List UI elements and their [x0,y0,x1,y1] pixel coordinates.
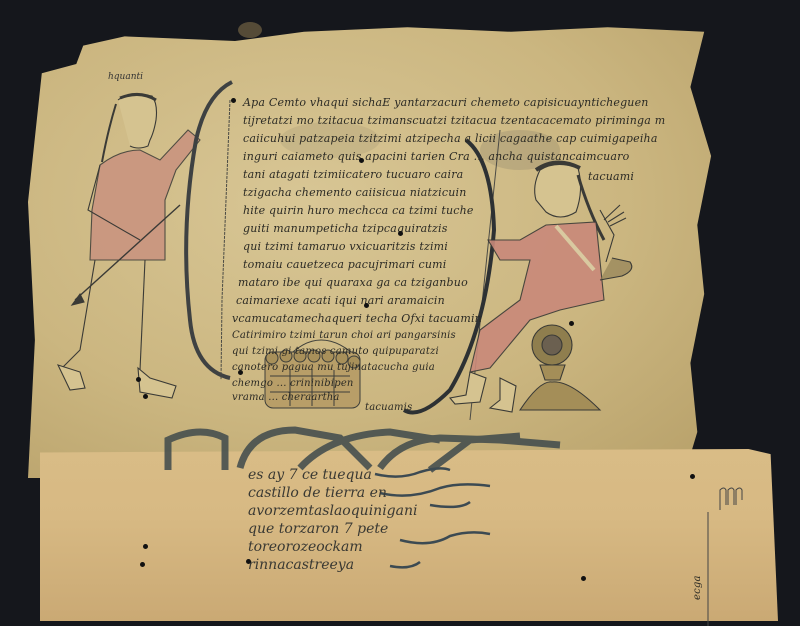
lower-text-line: que torzaron 7 pete [248,520,417,538]
archival-dot [581,576,586,581]
archival-dot [231,98,236,103]
painted-band-glyphs [168,430,560,470]
figure-label-left: hquanti [108,72,143,82]
text-line: qui tzimi gi tamos camuto quipuparatzi [232,346,439,357]
text-line: tomaiu cauetzeca pacujrimari cumi [243,258,446,271]
lower-text-line: toreorozeockam [248,538,417,556]
text-line: tacuamis [365,402,412,413]
text-line: tijretatzi mo tzitacua tzimanscuatzi tzi… [243,114,665,127]
text-line: guiti manumpeticha tzipcaquiratzis [243,222,448,235]
text-line: caimariexe acati iqui nari aramaicin [236,294,445,307]
text-line: inguri caiameto quis apacini tarien Cra … [243,150,629,163]
archival-dot [690,474,695,479]
archival-dot [143,394,148,399]
archival-dot [398,231,403,236]
text-line: tani atagati tzimiicatero tucuaro caira [243,168,463,181]
text-line: qui tzimi tamaruo vxicuaritzis tzimi [243,240,448,253]
right-margin-word: tacuami [588,170,634,183]
text-line: hite quirin huro mechcca ca tzimi tuche [243,204,474,217]
text-line: caiicuhui patzapeia tzitzimi atzipecha a… [243,132,658,145]
lower-text-line: rinnacastreeya [248,556,417,574]
archival-dot [136,377,141,382]
text-line: canotero pagua mu tujinatacucha guia [232,362,435,373]
text-line: tzigacha chemento caiisicua niatzicuin [243,186,467,199]
archival-dot [364,303,369,308]
text-line: chemgo ... crininibipen [232,378,354,389]
text-line: Catirimiro tzimi tarun choi ari pangarsi… [232,330,456,341]
archival-dot [359,158,364,163]
margin-glyph [720,488,742,510]
text-line: mataro ibe qui quaraxa ga ca tziganbuo [238,276,468,289]
archival-dot [143,544,148,549]
seated-woman-figure [450,162,632,412]
archival-dot [140,562,145,567]
lower-text-line: avorzemtaslaoquinigani [248,502,417,520]
standing-archer-figure [58,94,200,398]
text-line: vrama ... cheraartha [232,392,340,403]
archival-dot [569,321,574,326]
text-line: vcamucatamechaqueri techa Ofxi tacuamin [232,312,482,325]
lower-text-line: castillo de tierra en [248,484,417,502]
archival-dot [246,559,251,564]
text-line: Apa Cemto vhaqui sichaE yantarzacuri che… [243,96,649,109]
archival-dot [238,370,243,375]
lower-margin-note: ecga [692,575,703,600]
lower-strip-text: es ay 7 ce tuequa castillo de tierra en … [248,466,417,574]
lower-text-line: es ay 7 ce tuequa [248,466,417,484]
